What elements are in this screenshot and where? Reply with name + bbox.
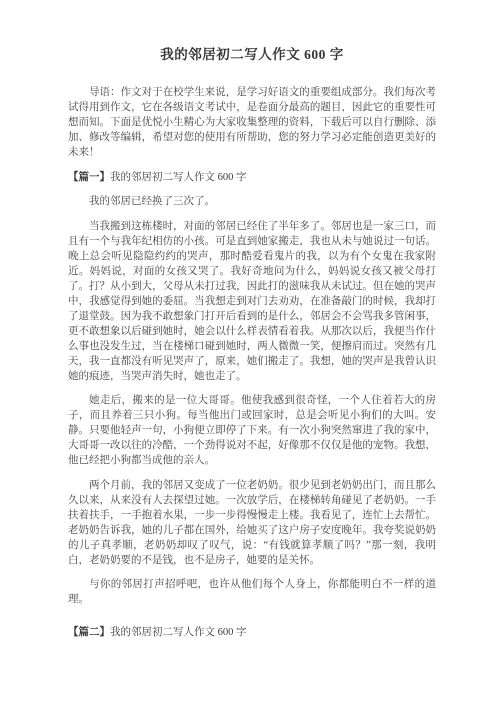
section-1-title: 我的邻居初二写人作文 600 字 [110,172,247,183]
essay-paragraph-2: 当我搬到这栋楼时，对面的邻居已经住了半年多了。邻居也是一家三口，而且有一个与我年… [68,219,436,384]
section-2-heading: 【篇二】我的邻居初二写人作文 600 字 [68,625,436,640]
document-title: 我的邻居初二写人作文 600 字 [68,48,436,62]
section-2-label: 【篇二】 [68,627,110,638]
section-1-label: 【篇一】 [68,172,110,183]
essay-paragraph-1: 我的邻居已经换了三次了。 [68,194,436,209]
essay-paragraph-5: 与你的邻居打声招呼吧，也许从他们每个人身上，你都能明白不一样的道理。 [68,577,436,607]
essay-paragraph-4: 两个月前，我的邻居又变成了一位老奶奶。很少见到老奶奶出门，而且那么久以来，从来没… [68,478,436,568]
section-1-heading: 【篇一】我的邻居初二写人作文 600 字 [68,170,436,185]
intro-paragraph: 导语：作文对于在校学生来说，是学习好语文的重要组成部分。我们每次考试得用到作文，… [68,85,436,160]
section-2-title: 我的邻居初二写人作文 600 字 [110,627,247,638]
document-page: 我的邻居初二写人作文 600 字 导语：作文对于在校学生来说，是学习好语文的重要… [0,0,500,708]
essay-paragraph-3: 她走后，搬来的是一位大哥哥。他使我感到很奇怪，一个人住着若大的房子，而且养着三只… [68,393,436,468]
